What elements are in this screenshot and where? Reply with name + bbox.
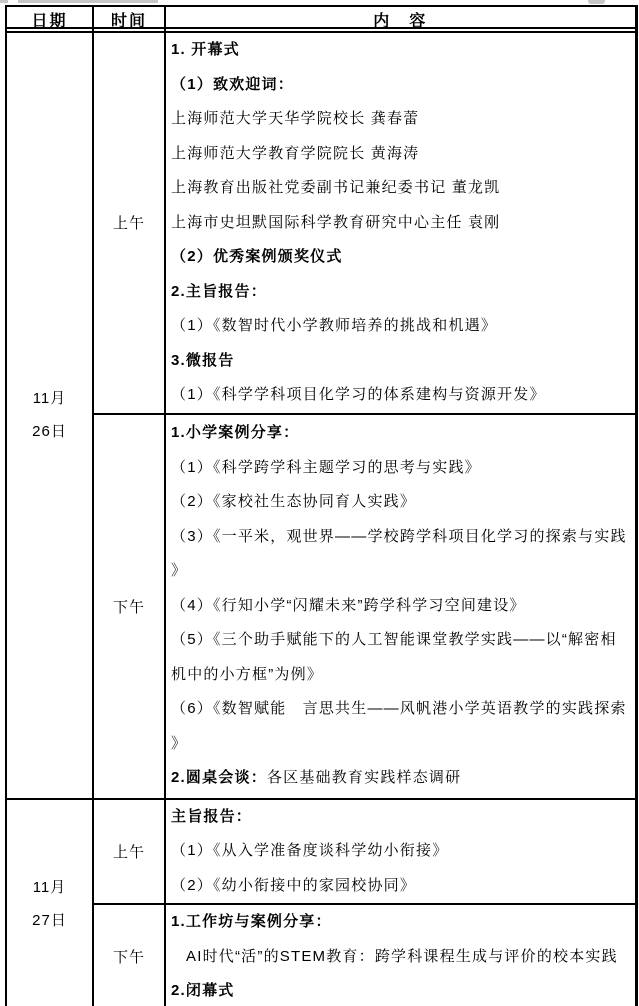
content-line: （3）《一平米，观世界——学校跨学科项目化学习的探索与实践 [171,520,630,555]
content-line: 上海师范大学教育学院院长 黄海涛 [171,137,630,172]
header-row: 日期 时间 内 容 [6,6,636,32]
content-line: （2）优秀案例颁奖仪式 [171,240,630,275]
content-line: （1）《数智时代小学教师培养的挑战和机遇》 [171,309,630,344]
schedule-body: 11月26日上午1. 开幕式（1）致欢迎词：上海师范大学天华学院校长 龚春蕾上海… [6,32,636,1006]
content-line: 1.小学案例分享： [171,416,630,451]
document-page: 日期 时间 内 容 11月26日上午1. 开幕式（1）致欢迎词：上海师范大学天华… [0,0,639,1006]
time-cell: 下午 [93,904,165,1006]
content-line: （1）《科学跨学科主题学习的思考与实践》 [171,451,630,486]
content-line: 上海教育出版社党委副书记兼纪委书记 董龙凯 [171,171,630,206]
content-line: 2.圆桌会谈：各区基础教育实践样态调研 [171,761,630,796]
content-line: （2）《幼小衔接中的家园校协同》 [171,869,630,904]
content-line: 主旨报告： [171,800,630,835]
schedule-table: 日期 时间 内 容 11月26日上午1. 开幕式（1）致欢迎词：上海师范大学天华… [5,5,638,1006]
content-line: 》 [171,727,630,762]
content-line: 上海市史坦默国际科学教育研究中心主任 袁刚 [171,206,630,241]
content-line: （4）《行知小学“闪耀未来”跨学科学习空间建设》 [171,589,630,624]
date-line: 26日 [7,415,92,448]
date-line: 11月 [7,382,92,415]
content-line: （1）《科学学科项目化学习的体系建构与资源开发》 [171,378,630,413]
content-line: （6）《数智赋能 言思共生——风帆港小学英语教学的实践探索 [171,692,630,727]
content-line-bold-prefix: 2.圆桌会谈： [171,769,267,786]
top-edge-artifact-mid [18,0,158,3]
content-line: 3.微报告 [171,344,630,379]
schedule-row: 11月27日上午主旨报告：（1）《从入学准备度谈科学幼小衔接》（2）《幼小衔接中… [6,799,636,905]
time-cell: 上午 [93,799,165,905]
content-cell: 主旨报告：（1）《从入学准备度谈科学幼小衔接》（2）《幼小衔接中的家园校协同》 [165,799,636,905]
date-cell: 11月26日 [6,32,93,799]
content-line: 机中的小方框”为例》 [171,658,630,693]
top-edge-artifact-right [588,0,605,4]
content-line: 2.主旨报告： [171,275,630,310]
time-cell: 下午 [93,414,165,799]
content-line: （2）《家校社生态协同育人实践》 [171,485,630,520]
date-cell: 11月27日 [6,799,93,1006]
date-line: 11月 [7,871,92,904]
content-line: （1）《从入学准备度谈科学幼小衔接》 [171,834,630,869]
content-line: （1）致欢迎词： [171,68,630,103]
schedule-row: 下午1.小学案例分享：（1）《科学跨学科主题学习的思考与实践》（2）《家校社生态… [6,414,636,799]
header-date-cell: 日期 [6,6,93,32]
top-edge-artifact-left [0,0,8,3]
content-line: （5）《三个助手赋能下的人工智能课堂教学实践——以“解密相 [171,623,630,658]
time-cell: 上午 [93,32,165,414]
content-cell: 1.小学案例分享：（1）《科学跨学科主题学习的思考与实践》（2）《家校社生态协同… [165,414,636,799]
content-line: 上海师范大学天华学院校长 龚春蕾 [171,102,630,137]
content-line: 2.闭幕式 [171,974,630,1006]
header-time-cell: 时间 [93,6,165,32]
content-line: 1. 开幕式 [171,33,630,68]
schedule-row: 下午1.工作坊与案例分享：AI时代“活”的STEM教育：跨学科课程生成与评价的校… [6,904,636,1006]
schedule-row: 11月26日上午1. 开幕式（1）致欢迎词：上海师范大学天华学院校长 龚春蕾上海… [6,32,636,414]
content-cell: 1.工作坊与案例分享：AI时代“活”的STEM教育：跨学科课程生成与评价的校本实… [165,904,636,1006]
content-line: 1.工作坊与案例分享： [171,905,630,940]
content-line: AI时代“活”的STEM教育：跨学科课程生成与评价的校本实践 [171,940,630,975]
content-cell: 1. 开幕式（1）致欢迎词：上海师范大学天华学院校长 龚春蕾上海师范大学教育学院… [165,32,636,414]
header-content-cell: 内 容 [165,6,636,32]
date-line: 27日 [7,904,92,937]
content-line: 》 [171,554,630,589]
